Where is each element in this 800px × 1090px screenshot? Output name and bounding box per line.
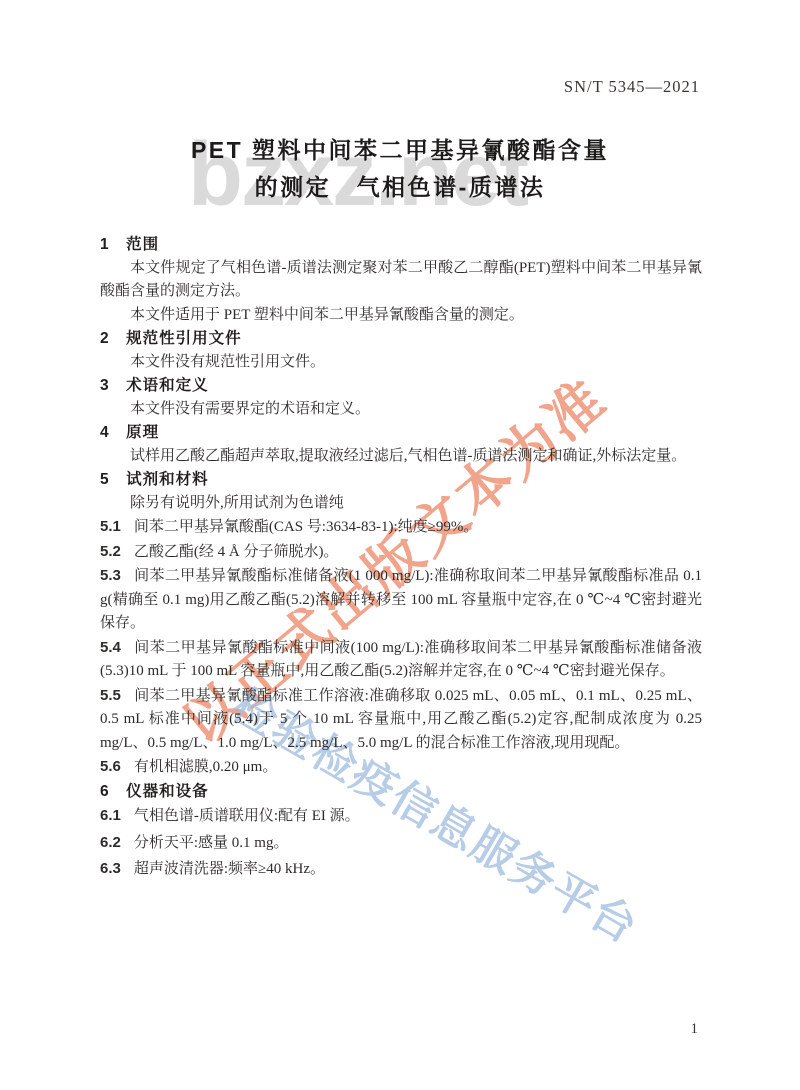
clause-text: 乙酸乙酯(经 4 Å 分子筛脱水)。 <box>134 544 339 560</box>
clause-item-6-3: 6.3超声波清洗器:频率≥40 kHz。 <box>100 856 702 883</box>
clause-item-6-2: 6.2分析天平:感量 0.1 mg。 <box>100 830 702 857</box>
clause-text: 间苯二甲基异氰酸酯标准储备液(1 000 mg/L):准确称取间苯二甲基异氰酸酯… <box>100 568 702 631</box>
clause-item-5-1: 5.1间苯二甲基异氰酸酯(CAS 号:3634-83-1):纯度≥99%。 <box>100 515 702 540</box>
document-title-line1: PET 塑料中间苯二甲基异氰酸酯含量 <box>60 132 740 169</box>
page-number: 1 <box>691 1021 699 1038</box>
clause-number: 5.1 <box>100 518 121 535</box>
section-heading-scope: 1 范围 <box>100 233 702 257</box>
document-body: 1 范围 本文件规定了气相色谱-质谱法测定聚对苯二甲酸乙二醇酯(PET)塑料中间… <box>100 233 702 883</box>
section-heading-reagents: 5 试剂和材料 <box>100 468 702 492</box>
clause-text: 超声波清洗器:频率≥40 kHz。 <box>134 861 325 877</box>
standard-document-page: bzxz.net 以正式出版文本为准 检验检疫信息服务平台 SN/T 5345—… <box>0 0 800 1090</box>
clause-text: 有机相滤膜,0.20 μm。 <box>134 759 277 775</box>
section-heading-normative-references: 2 规范性引用文件 <box>100 327 702 351</box>
clause-number: 5.4 <box>100 639 121 656</box>
paragraph: 本文件规定了气相色谱-质谱法测定聚对苯二甲酸乙二醇酯(PET)塑料中间苯二甲基异… <box>100 257 702 304</box>
clause-item-5-4: 5.4间苯二甲基异氰酸酯标准中间液(100 mg/L):准确移取间苯二甲基异氰酸… <box>100 636 702 684</box>
clause-item-5-6: 5.6有机相滤膜,0.20 μm。 <box>100 755 702 780</box>
clause-item-6-1: 6.1气相色谱-质谱联用仪:配有 EI 源。 <box>100 803 702 830</box>
section-heading-apparatus: 6 仪器和设备 <box>100 780 702 804</box>
paragraph: 本文件没有需要界定的术语和定义。 <box>100 398 702 422</box>
clause-text: 气相色谱-质谱联用仪:配有 EI 源。 <box>134 808 360 824</box>
clause-item-5-2: 5.2乙酸乙酯(经 4 Å 分子筛脱水)。 <box>100 540 702 565</box>
section-heading-terms: 3 术语和定义 <box>100 374 702 398</box>
clause-number: 6.3 <box>100 860 121 877</box>
standard-number: SN/T 5345—2021 <box>564 77 700 97</box>
document-title-line2: 的测定 气相色谱-质谱法 <box>60 169 740 206</box>
clause-text: 分析天平:感量 0.1 mg。 <box>134 835 289 851</box>
section-heading-principle: 4 原理 <box>100 421 702 445</box>
clause-number: 5.3 <box>100 567 121 584</box>
clause-text: 间苯二甲基异氰酸酯标准中间液(100 mg/L):准确移取间苯二甲基异氰酸酯标准… <box>100 640 702 680</box>
clause-number: 6.1 <box>100 807 121 824</box>
clause-number: 5.5 <box>100 687 121 704</box>
paragraph: 除另有说明外,所用试剂为色谱纯 <box>100 492 702 516</box>
document-title: PET 塑料中间苯二甲基异氰酸酯含量 的测定 气相色谱-质谱法 <box>60 132 740 206</box>
clause-item-5-3: 5.3间苯二甲基异氰酸酯标准储备液(1 000 mg/L):准确称取间苯二甲基异… <box>100 564 702 636</box>
clause-text: 间苯二甲基异氰酸酯标准工作溶液:准确移取 0.025 mL、0.05 mL、0.… <box>100 688 702 751</box>
clause-number: 5.2 <box>100 543 121 560</box>
clause-number: 6.2 <box>100 834 121 851</box>
paragraph: 本文件适用于 PET 塑料中间苯二甲基异氰酸酯含量的测定。 <box>100 304 702 328</box>
clause-number: 5.6 <box>100 758 121 775</box>
clause-text: 间苯二甲基异氰酸酯(CAS 号:3634-83-1):纯度≥99%。 <box>134 519 478 535</box>
paragraph: 本文件没有规范性引用文件。 <box>100 351 702 375</box>
paragraph: 试样用乙酸乙酯超声萃取,提取液经过滤后,气相色谱-质谱法测定和确证,外标法定量。 <box>100 445 702 469</box>
clause-item-5-5: 5.5间苯二甲基异氰酸酯标准工作溶液:准确移取 0.025 mL、0.05 mL… <box>100 684 702 756</box>
